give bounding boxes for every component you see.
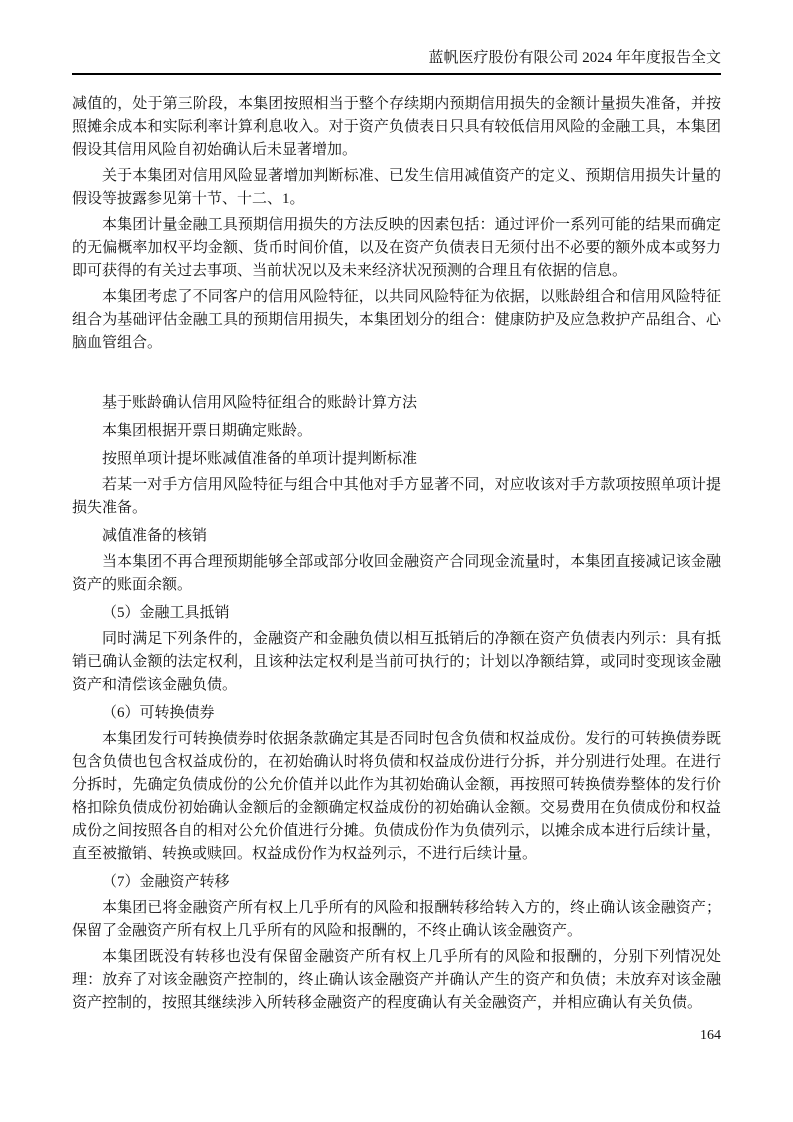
- section-heading: （5）金融工具抵销: [72, 602, 721, 625]
- header-title: 蓝帆医疗股份有限公司 2024 年年度报告全文: [428, 50, 721, 66]
- paragraph: 同时满足下列条件的，金融资产和金融负债以相互抵销后的净额在资产负债表内列示：具有…: [72, 628, 721, 697]
- sub-heading: 基于账龄确认信用风险特征组合的账龄计算方法: [72, 392, 721, 415]
- section-heading: （7）金融资产转移: [72, 871, 721, 894]
- paragraph: 本集团计量金融工具预期信用损失的方法反映的因素包括：通过评价一系列可能的结果而确…: [72, 214, 721, 283]
- page-body: 减值的，处于第三阶段，本集团按照相当于整个存续期内预期信用损失的金额计量损失准备…: [72, 93, 721, 1015]
- paragraph: 当本集团不再合理预期能够全部或部分收回金融资产合同现金流量时，本集团直接减记该金…: [72, 551, 721, 597]
- paragraph: 关于本集团对信用风险显著增加判断标准、已发生信用减值资产的定义、预期信用损失计量…: [72, 165, 721, 211]
- paragraph: 本集团既没有转移也没有保留金融资产所有权上几乎所有的风险和报酬的，分别下列情况处…: [72, 946, 721, 1015]
- paragraph: 本集团根据开票日期确定账龄。: [72, 420, 721, 443]
- page-number: 164: [700, 1028, 721, 1044]
- section-heading: （6）可转换债券: [72, 702, 721, 725]
- paragraph: 若某一对手方信用风险特征与组合中其他对手方显著不同，对应收该对手方款项按照单项计…: [72, 474, 721, 520]
- paragraph: 本集团发行可转换债券时依据条款确定其是否同时包含负债和权益成份。发行的可转换债券…: [72, 728, 721, 866]
- report-page: 蓝帆医疗股份有限公司 2024 年年度报告全文 减值的，处于第三阶段，本集团按照…: [0, 0, 793, 1122]
- paragraph: 本集团考虑了不同客户的信用风险特征，以共同风险特征为依据，以账龄组合和信用风险特…: [72, 286, 721, 355]
- paragraph: 减值的，处于第三阶段，本集团按照相当于整个存续期内预期信用损失的金额计量损失准备…: [72, 93, 721, 162]
- blank-line: [72, 355, 721, 387]
- page-header: 蓝帆医疗股份有限公司 2024 年年度报告全文: [72, 0, 721, 67]
- sub-heading: 减值准备的核销: [72, 525, 721, 548]
- paragraph: 本集团已将金融资产所有权上几乎所有的风险和报酬转移给转入方的，终止确认该金融资产…: [72, 897, 721, 943]
- sub-heading: 按照单项计提坏账减值准备的单项计提判断标准: [72, 448, 721, 471]
- header-rule: [72, 73, 721, 75]
